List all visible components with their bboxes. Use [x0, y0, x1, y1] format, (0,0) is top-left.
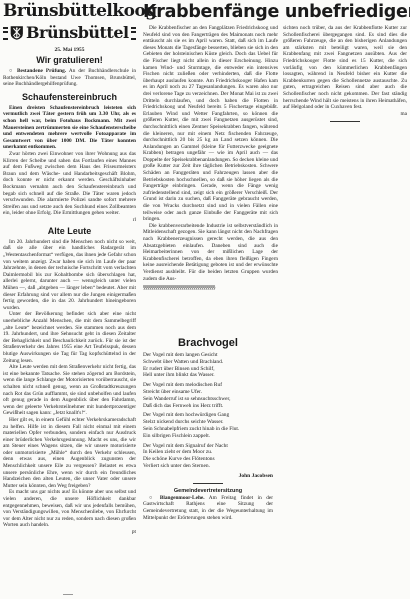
poem-line: Hell unter ihm blinkt das Wasser. [143, 372, 273, 379]
poem-line: Der Vogel mit dem langen Gesicht [143, 352, 273, 359]
poem-line: Der Vogel mit dem melodischen Ruf [143, 382, 273, 389]
masthead-row: Brünsbüttel [3, 22, 136, 44]
left-column: Brünsbüttelkoog Brünsbüttel 25. Mai 1955… [3, 2, 136, 535]
poem-line: Stelzt nickend durchs seichte Wasser. [143, 419, 273, 426]
right-section: Krabbenfänge unbefriedigend Die Krabbenf… [143, 2, 407, 291]
author-signature: pt [3, 529, 136, 535]
coat-of-arms-anchor-icon [10, 22, 24, 44]
article-burglary-lead: Einen dreisten Schaufenstereinbruch leis… [3, 105, 136, 151]
poem-line: Er rudert über Binsen und Schilf, [143, 366, 273, 373]
poem-stanza: Der Vogel mit dem Signalruf der Nacht In… [143, 443, 273, 470]
masthead-title-brunsbuettel: Brünsbüttel [26, 24, 129, 42]
masthead: Brünsbüttelkoog Brünsbüttel 25. Mai 1955 [3, 2, 136, 53]
poem-line: Der Vogel mit dem Signalruf der Nacht [143, 443, 273, 450]
poem-line: Der Vogel mit dem hochwürdigen Gang [143, 412, 273, 419]
article-paragraph: Die Krabbenfischer an den Fangplätzen Fr… [143, 25, 278, 223]
article-lead: ○ Bestandene Prüfung. [9, 68, 66, 74]
headline-council: Gemeindevertretersitzung [143, 488, 273, 494]
issue-date: 25. Mai 1955 [3, 47, 136, 53]
author-signature: ma [283, 111, 407, 117]
poem-line: Die schöne Kurve des Flötentons [143, 456, 273, 463]
poem-line: Daß dich das Fernweh ins Herz trifft. [143, 403, 273, 410]
headline-congrats: Wir gratulieren! [3, 55, 136, 66]
article-paragraph: Die krabbenverarbeitende Industrie ist s… [143, 223, 278, 282]
poem-author: John Jacobsen [143, 473, 273, 479]
author-signature: rl [3, 217, 136, 223]
article-paragraph: Es macht uns gar nichts aus! Es könnte a… [3, 489, 136, 529]
poem-line: Sein Schnabelpfriem zuckt hinab in die F… [143, 426, 273, 433]
ornamental-divider: §§§§§§§§§§§§§§§§§§§§§§§§§§§§§§§§§§§§ [143, 285, 278, 291]
article-paragraph: Unter der Bevölkerung befindet sich aber… [3, 311, 136, 364]
article-paragraph: Im 20. Jahrhundert sind die Menschen noc… [3, 239, 136, 312]
poem-line: Ein silbrigen Fischlein zappelt. [143, 433, 273, 440]
decorative-bars-icon [131, 27, 136, 40]
poem-stanza: Der Vogel mit dem hochwürdigen Gang Stel… [143, 412, 273, 439]
poem-line: Schwebt über Watten und Brachland. [143, 359, 273, 366]
article-lead: ○ Blangenmoor-Lehe. [149, 495, 205, 501]
divider-rule [193, 483, 223, 484]
crabs-column-2: sichten noch trüber, da aus der Krabbenf… [283, 25, 407, 291]
headline-old-people: Alte Leute [3, 226, 136, 237]
poem-line: Streicht über einsame Ufer. [143, 389, 273, 396]
page-footer-rule [63, 594, 73, 595]
divider-rule [330, 121, 360, 122]
newspaper-page: Brünsbüttelkoog Brünsbüttel 25. Mai 1955… [0, 0, 410, 599]
crabs-article-columns: Die Krabbenfischer an den Fangplätzen Fr… [143, 25, 407, 291]
headline-crabs: Krabbenfänge unbefriedigend [143, 2, 407, 23]
masthead-title-brunsbuettelkoog: Brünsbüttelkoog [3, 2, 136, 21]
poem-stanza: Der Vogel mit dem langen Gesicht Schwebt… [143, 352, 273, 379]
headline-burglary: Schaufenstereinbruch [3, 92, 136, 103]
poem-line: Verliert sich unter den Sternen. [143, 463, 273, 470]
article-congrats: ○ Bestandene Prüfung. An der Buchhändler… [3, 68, 136, 88]
poem-title: Brachvogel [143, 337, 273, 350]
poem-stanza: Der Vogel mit dem melodischen Ruf Streic… [143, 382, 273, 409]
article-paragraph: Alte Leute werden mit dem Straßenverkehr… [3, 364, 136, 417]
article-paragraph: Hier gilt es, in einem Gefühl echter Ver… [3, 417, 136, 490]
article-burglary-body: Zwar hörten zwei Einwohner von ihrer Woh… [3, 151, 136, 217]
poem-line: In Keilen zieht er dem Moor zu. [143, 449, 273, 456]
poem-line: Sein Wanderruf ist so sehnsuchtsschwer, [143, 396, 273, 403]
decorative-bars-icon [3, 27, 8, 40]
article-paragraph: sichten noch trüber, da aus der Krabbenf… [283, 25, 407, 111]
poem-and-notice: Brachvogel Der Vogel mit dem langen Gesi… [143, 335, 273, 521]
article-council: ○ Blangenmoor-Lehe. Am Freitag findet in… [143, 495, 273, 521]
crabs-column-1: Die Krabbenfischer an den Fangplätzen Fr… [143, 25, 278, 291]
